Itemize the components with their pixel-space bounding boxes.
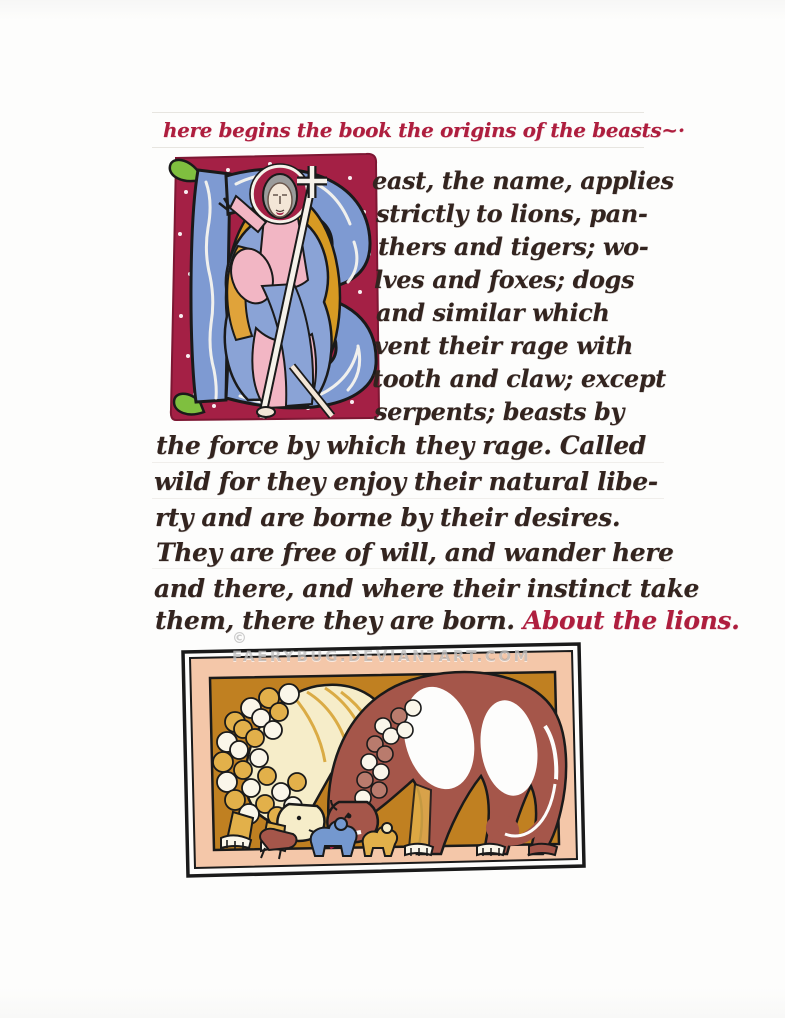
- ruling-line: [152, 568, 664, 569]
- ruling-line: [152, 462, 664, 463]
- ruling-line: [152, 498, 664, 499]
- text-line: and there, and where their instinct take: [154, 574, 699, 603]
- text-line: wild for they enjoy their natural libe-: [154, 467, 658, 496]
- text-line: east, the name, applies: [372, 166, 674, 195]
- manuscript-page: here begins the book the origins of the …: [0, 0, 785, 1018]
- text-line: vent their rage with: [374, 331, 633, 360]
- rubric-flourish: ~·: [661, 118, 685, 142]
- text-line: thers and tigers; wo-: [378, 232, 648, 261]
- text-line: They are free of will, and wander here: [156, 538, 674, 567]
- text-line: tooth and claw; except: [372, 364, 666, 393]
- illuminated-initial-b: [166, 150, 390, 428]
- watermark-text: © FAERYBUG.DEVIANTART.COM: [232, 629, 552, 665]
- text-line: rty and are borne by their desires.: [155, 503, 620, 532]
- text-line: the force by which they rage. Called: [156, 431, 646, 460]
- illuminated-initial-art: [166, 150, 390, 428]
- rubric-about-lions: About the lions.: [523, 606, 740, 635]
- ruling-line: [152, 147, 644, 148]
- text-line: and similar which: [376, 298, 609, 327]
- text-line: lves and foxes; dogs: [374, 265, 634, 294]
- rubric-heading-text: here begins the book the origins of the …: [163, 118, 661, 142]
- figure-foot: [257, 407, 275, 417]
- lion-miniature-art: [177, 634, 591, 886]
- rubric-heading: here begins the book the origins of the …: [163, 118, 685, 142]
- text-line: strictly to lions, pan-: [376, 199, 647, 228]
- lion-miniature: [177, 634, 591, 886]
- text-line: serpents; beasts by: [374, 397, 624, 426]
- ruling-line: [152, 112, 644, 113]
